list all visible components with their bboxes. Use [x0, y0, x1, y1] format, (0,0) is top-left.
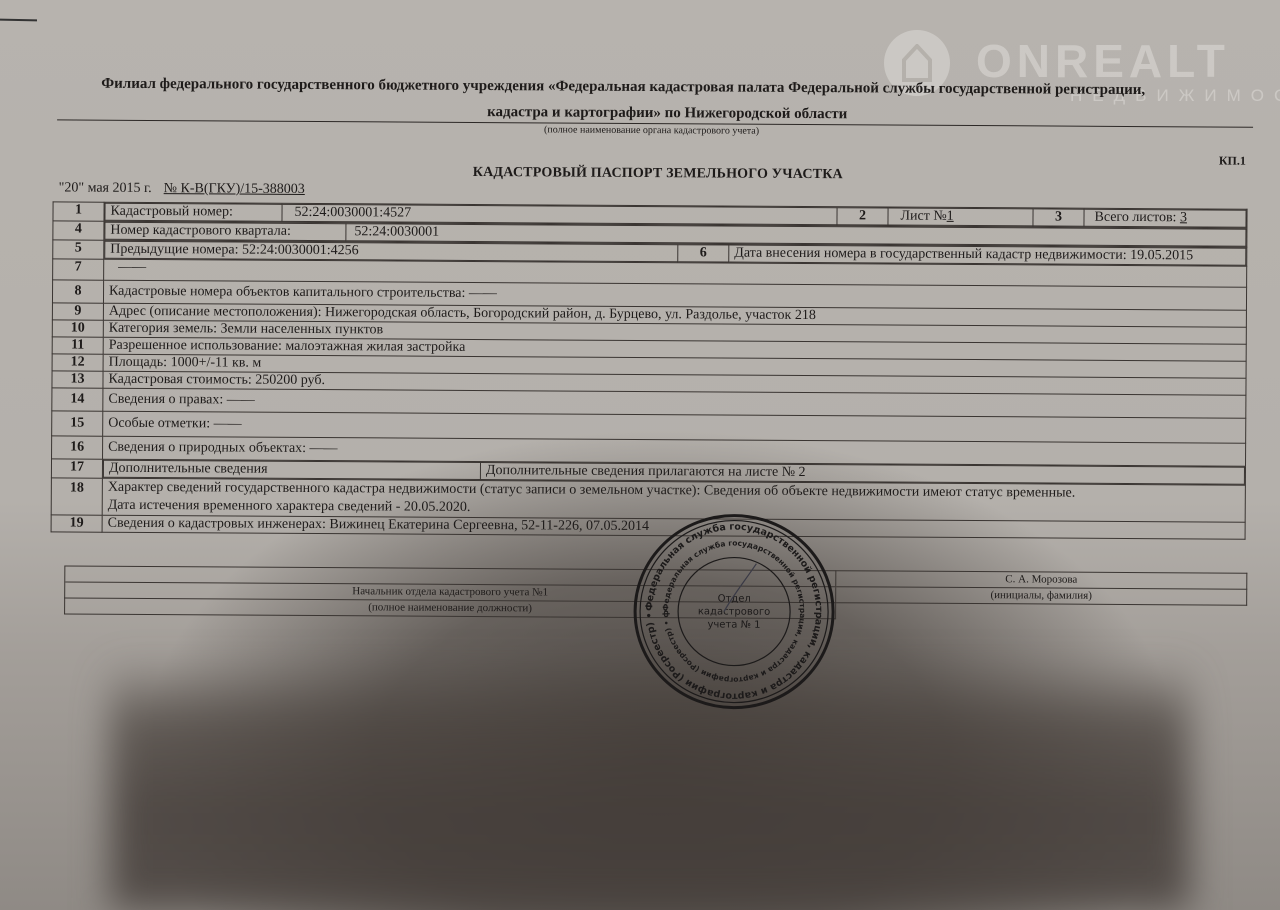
org-name-line2: кадастра и картографии» по Нижегородской…: [487, 104, 847, 123]
row-number: 1: [53, 202, 104, 221]
row-number: 14: [52, 388, 103, 411]
field-number-2: 2: [837, 208, 888, 225]
passport-table: 1 Кадастровый номер: 52:24:0030001:4527 …: [51, 201, 1248, 539]
row-number: 18: [51, 478, 102, 515]
form-code: КП.1: [1219, 154, 1246, 169]
row-number: 8: [52, 280, 103, 303]
document-title: КАДАСТРОВЫЙ ПАСПОРТ ЗЕМЕЛЬНОГО УЧАСТКА: [473, 165, 843, 183]
total-sheets-value: 3: [1180, 210, 1187, 225]
row-number: 13: [52, 371, 103, 388]
org-name-line1: Филиал федерального государственного бюд…: [101, 76, 1145, 99]
row-number: 16: [52, 436, 103, 459]
sheet-number: Лист №1: [888, 208, 1033, 226]
sheet-number-value: 1: [947, 209, 954, 224]
row-number: 5: [53, 240, 104, 259]
quarter-label: Номер кадастрового квартала:: [105, 222, 346, 240]
row-number: 19: [51, 515, 102, 532]
field-number-3: 3: [1033, 209, 1084, 226]
document-date: "20" мая 2015 г.: [59, 180, 152, 196]
stamp-center-line3: учета № 1: [707, 619, 760, 630]
row-number: 11: [52, 337, 103, 354]
field-number-6: 6: [678, 245, 729, 262]
additional-info-label: Дополнительные сведения: [103, 460, 480, 479]
row-number: 17: [51, 459, 102, 478]
cadastral-passport-document: Филиал федерального государственного бюд…: [0, 0, 1280, 910]
row-number: 15: [52, 411, 103, 436]
row-number: 4: [53, 221, 104, 240]
official-stamp: Федеральная служба государственной регис…: [631, 511, 836, 712]
total-sheets: Всего листов: 3: [1084, 209, 1246, 227]
row-number: 12: [52, 354, 103, 371]
entry-date: Дата внесения номера в государственный к…: [729, 245, 1246, 265]
cadastral-number-label: Кадастровый номер:: [105, 203, 282, 221]
stamp-center-line2: кадастрового: [698, 606, 770, 617]
document-date-line: "20" мая 2015 г.№ К-В(ГКУ)/15-388003: [59, 180, 305, 198]
row-number: 10: [52, 320, 103, 337]
previous-numbers: Предыдущие номера: 52:24:0030001:4256: [105, 241, 678, 261]
org-caption: (полное наименование органа кадастрового…: [544, 124, 759, 136]
row-number: 7: [53, 259, 104, 280]
cadastral-number-value: 52:24:0030001:4527: [282, 204, 837, 224]
document-number: № К-В(ГКУ)/15-388003: [164, 181, 305, 197]
row-number: 9: [52, 303, 103, 320]
